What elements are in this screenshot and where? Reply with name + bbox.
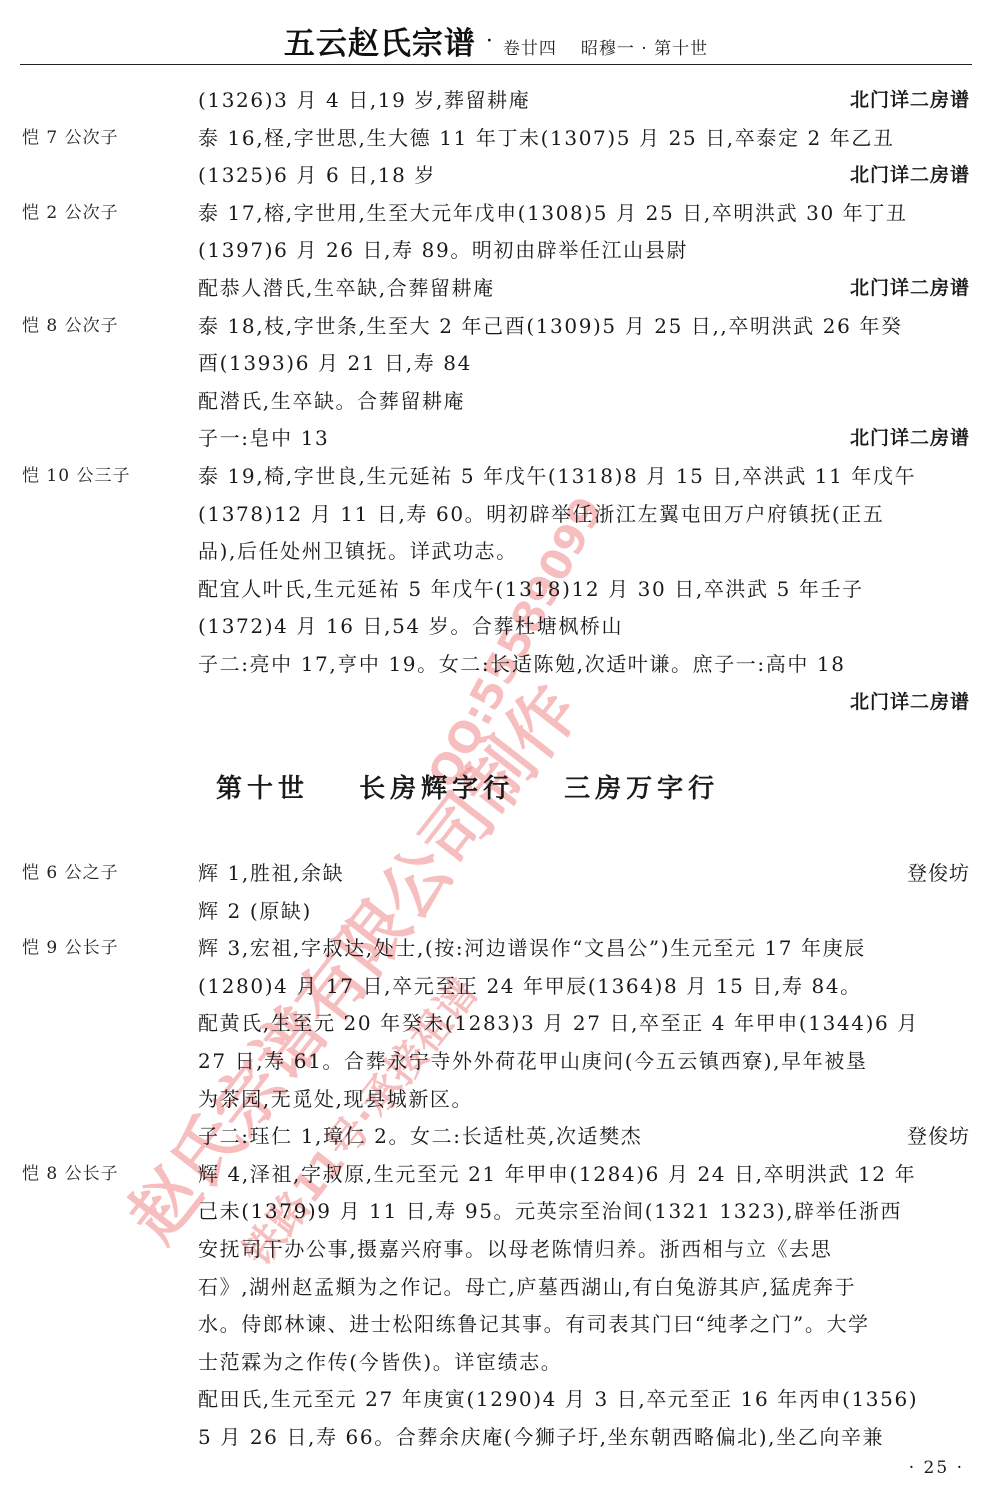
entry-text: 泰 17,榕,字世用,生至大元年戊申(1308)5 月 25 日,卒明洪武 30…: [198, 195, 970, 233]
entry-text: (1280)4 月 17 日,卒元至正 24 年甲辰(1364)8 月 15 日…: [198, 968, 970, 1006]
entry-text: 配黄氏,生至元 20 年癸未(1283)3 月 27 日,卒至正 4 年甲申(1…: [198, 1005, 970, 1043]
lineage-note: 恺 9 公长子: [22, 930, 119, 968]
entry-text: 27 日,寿 61。合葬永宁寺外外荷花甲山庚问(今五云镇西寮),早年被垦: [198, 1043, 970, 1081]
entry-line: 恺 2 公次子泰 17,榕,字世用,生至大元年戊申(1308)5 月 25 日,…: [0, 195, 992, 233]
generation-section-title: 第十世 长房辉字行 三房万字行: [0, 759, 992, 819]
entry-line: 水。侍郎林谏、进士松阳练鲁记其事。有司表其门曰“纯孝之门”。大学: [0, 1306, 992, 1344]
entry-text: 辉 4,泽祖,字叔原,生元至元 21 年甲申(1284)6 月 24 日,卒明洪…: [198, 1156, 970, 1194]
entry-line: 配潜氏,生卒缺。合葬留耕庵: [0, 383, 992, 421]
entry-line: 为茶园,无觅处,现县城新区。: [0, 1081, 992, 1119]
entry-text: 配田氏,生元至元 27 年庚寅(1290)4 月 3 日,卒元至正 16 年丙申…: [198, 1381, 970, 1419]
genealogy-content: (1326)3 月 4 日,19 岁,葬留耕庵北门详二房谱恺 7 公次子泰 16…: [0, 82, 992, 1457]
entry-text: (1397)6 月 26 日,寿 89。明初由辟举任江山县尉: [198, 232, 970, 270]
entry-text: 配宜人叶氏,生元延祐 5 年戊午(1318)12 月 30 日,卒洪武 5 年壬…: [198, 571, 970, 609]
entry-text: 子二:珏仁 1,璋仁 2。女二:长适杜英,次适樊杰: [198, 1118, 970, 1156]
entry-line: 子一:皂中 13北门详二房谱: [0, 420, 992, 458]
entry-line: 恺 10 公三子泰 19,椅,字世良,生元延祐 5 年戊午(1318)8 月 1…: [0, 458, 992, 496]
entry-text: 安抚司干办公事,摄嘉兴府事。以母老陈情归养。浙西相与立《去思: [198, 1231, 970, 1269]
entry-line: 石》,湖州赵孟頫为之作记。母亡,庐墓西湖山,有白兔游其庐,猛虎奔于: [0, 1269, 992, 1307]
entry-line: 品),后任处州卫镇抚。详武功志。: [0, 533, 992, 571]
entry-text: 酉(1393)6 月 21 日,寿 84: [198, 345, 970, 383]
lineage-note: 恺 7 公次子: [22, 120, 119, 158]
page-number: · 25 ·: [909, 1458, 964, 1478]
lineage-note: 恺 2 公次子: [22, 195, 119, 233]
entry-line: 配黄氏,生至元 20 年癸未(1283)3 月 27 日,卒至正 4 年甲申(1…: [0, 1005, 992, 1043]
entry-text: 辉 3,宏祖,字叔达,处士,(按:河边谱误作“文昌公”)生元至元 17 年庚辰: [198, 930, 970, 968]
entry-line: 子二:珏仁 1,璋仁 2。女二:长适杜英,次适樊杰登俊坊: [0, 1118, 992, 1156]
book-title: 五云赵氏宗谱: [284, 18, 476, 63]
source-reference: 北门详二房谱: [850, 420, 970, 458]
branch-1-label: 长房辉字行: [359, 774, 514, 804]
source-reference: 北门详二房谱: [850, 270, 970, 308]
entry-line: (1326)3 月 4 日,19 岁,葬留耕庵北门详二房谱: [0, 82, 992, 120]
entry-text: 配潜氏,生卒缺。合葬留耕庵: [198, 383, 970, 421]
entry-line: 己未(1379)9 月 11 日,寿 95。元英宗至治间(1321 1323),…: [0, 1193, 992, 1231]
entry-line: (1378)12 月 11 日,寿 60。明初辟举任浙江左翼屯田万户府镇抚(正五: [0, 496, 992, 534]
entry-line: 恺 7 公次子泰 16,柽,字世思,生大德 11 年丁未(1307)5 月 25…: [0, 120, 992, 158]
source-reference: 登俊坊: [907, 855, 970, 893]
entry-line: 配田氏,生元至元 27 年庚寅(1290)4 月 3 日,卒元至正 16 年丙申…: [0, 1381, 992, 1419]
entry-text: 品),后任处州卫镇抚。详武功志。: [198, 533, 970, 571]
entry-text: 辉 2 (原缺): [198, 893, 970, 931]
branch-3-label: 三房万字行: [564, 774, 719, 804]
source-reference: 北门详二房谱: [850, 684, 970, 722]
entries-part-1: (1326)3 月 4 日,19 岁,葬留耕庵北门详二房谱恺 7 公次子泰 16…: [0, 82, 992, 721]
entry-text: (1372)4 月 16 日,54 岁。合葬杜塘枫桥山: [198, 608, 970, 646]
entry-line: 安抚司干办公事,摄嘉兴府事。以母老陈情归养。浙西相与立《去思: [0, 1231, 992, 1269]
section-label: 昭穆一 · 第十世: [581, 34, 708, 59]
entry-text: 5 月 26 日,寿 66。合葬余庆庵(今狮子圩,坐东朝西略偏北),坐乙向辛兼: [198, 1419, 970, 1457]
source-reference: 北门详二房谱: [850, 82, 970, 120]
entry-text: 为茶园,无觅处,现县城新区。: [198, 1081, 970, 1119]
entry-text: 士范霖为之作传(今皆佚)。详宦绩志。: [198, 1344, 970, 1382]
entry-text: 石》,湖州赵孟頫为之作记。母亡,庐墓西湖山,有白兔游其庐,猛虎奔于: [198, 1269, 970, 1307]
lineage-note: 恺 6 公之子: [22, 855, 119, 893]
page-header: 五云赵氏宗谱 · 卷廿四 昭穆一 · 第十世: [0, 18, 992, 64]
entry-text: 己未(1379)9 月 11 日,寿 95。元英宗至治间(1321 1323),…: [198, 1193, 970, 1231]
entry-text: 泰 18,枝,字世条,生至大 2 年己酉(1309)5 月 25 日,,卒明洪武…: [198, 308, 970, 346]
header-rule: [20, 64, 972, 65]
entry-line: 配宜人叶氏,生元延祐 5 年戊午(1318)12 月 30 日,卒洪武 5 年壬…: [0, 571, 992, 609]
header-separator: ·: [486, 29, 493, 54]
entry-text: 泰 16,柽,字世思,生大德 11 年丁未(1307)5 月 25 日,卒泰定 …: [198, 120, 970, 158]
entry-line: 恺 8 公长子辉 4,泽祖,字叔原,生元至元 21 年甲申(1284)6 月 2…: [0, 1156, 992, 1194]
volume-label: 卷廿四: [503, 34, 557, 59]
entry-text: (1378)12 月 11 日,寿 60。明初辟举任浙江左翼屯田万户府镇抚(正五: [198, 496, 970, 534]
entry-line: 子二:亮中 17,亨中 19。女二:长适陈勉,次适叶谦。庶子一:高中 18: [0, 646, 992, 684]
entry-line: 士范霖为之作传(今皆佚)。详宦绩志。: [0, 1344, 992, 1382]
entry-line: 27 日,寿 61。合葬永宁寺外外荷花甲山庚问(今五云镇西寮),早年被垦: [0, 1043, 992, 1081]
entry-line: 恺 8 公次子泰 18,枝,字世条,生至大 2 年己酉(1309)5 月 25 …: [0, 308, 992, 346]
entry-text: 子二:亮中 17,亨中 19。女二:长适陈勉,次适叶谦。庶子一:高中 18: [198, 646, 970, 684]
lineage-note: 恺 10 公三子: [22, 458, 130, 496]
entry-line: 恺 9 公长子辉 3,宏祖,字叔达,处士,(按:河边谱误作“文昌公”)生元至元 …: [0, 930, 992, 968]
entry-line: 辉 2 (原缺): [0, 893, 992, 931]
entry-line: (1280)4 月 17 日,卒元至正 24 年甲辰(1364)8 月 15 日…: [0, 968, 992, 1006]
entry-line: 恺 6 公之子辉 1,胜祖,余缺登俊坊: [0, 855, 992, 893]
entry-text: 泰 19,椅,字世良,生元延祐 5 年戊午(1318)8 月 15 日,卒洪武 …: [198, 458, 970, 496]
entry-text: 水。侍郎林谏、进士松阳练鲁记其事。有司表其门曰“纯孝之门”。大学: [198, 1306, 970, 1344]
entry-line: 酉(1393)6 月 21 日,寿 84: [0, 345, 992, 383]
entry-line: 北门详二房谱: [0, 684, 992, 722]
generation-label: 第十世: [216, 774, 309, 804]
entry-line: 配恭人潜氏,生卒缺,合葬留耕庵北门详二房谱: [0, 270, 992, 308]
entry-line: (1372)4 月 16 日,54 岁。合葬杜塘枫桥山: [0, 608, 992, 646]
source-reference: 登俊坊: [907, 1118, 970, 1156]
entry-line: (1325)6 月 6 日,18 岁北门详二房谱: [0, 157, 992, 195]
lineage-note: 恺 8 公长子: [22, 1156, 119, 1194]
entry-line: (1397)6 月 26 日,寿 89。明初由辟举任江山县尉: [0, 232, 992, 270]
source-reference: 北门详二房谱: [850, 157, 970, 195]
entries-part-2: 恺 6 公之子辉 1,胜祖,余缺登俊坊辉 2 (原缺)恺 9 公长子辉 3,宏祖…: [0, 855, 992, 1457]
lineage-note: 恺 8 公次子: [22, 308, 119, 346]
entry-text: 辉 1,胜祖,余缺: [198, 855, 970, 893]
entry-line: 5 月 26 日,寿 66。合葬余庆庵(今狮子圩,坐东朝西略偏北),坐乙向辛兼: [0, 1419, 992, 1457]
